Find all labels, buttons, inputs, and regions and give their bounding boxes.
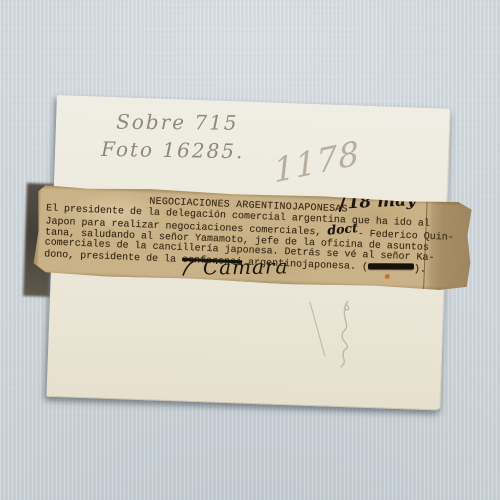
caption-line-5-end: ). — [414, 264, 426, 275]
pencil-note-number: 1178 — [272, 133, 361, 191]
pencil-scribble — [293, 291, 366, 378]
rust-stain — [384, 274, 390, 279]
pencil-note-sobre: Sobre 715 — [116, 110, 239, 135]
ink-signature: Camara — [181, 253, 289, 279]
ink-inserted-word: doct — [327, 224, 358, 237]
pencil-note-foto: Foto 16285. — [101, 137, 245, 163]
signature-text: Camara — [203, 254, 289, 279]
redacted-text-bar — [368, 263, 414, 269]
archive-photo-surface: Sobre 715 Foto 16285. 1178 NEGOCIACIONES… — [0, 0, 500, 500]
